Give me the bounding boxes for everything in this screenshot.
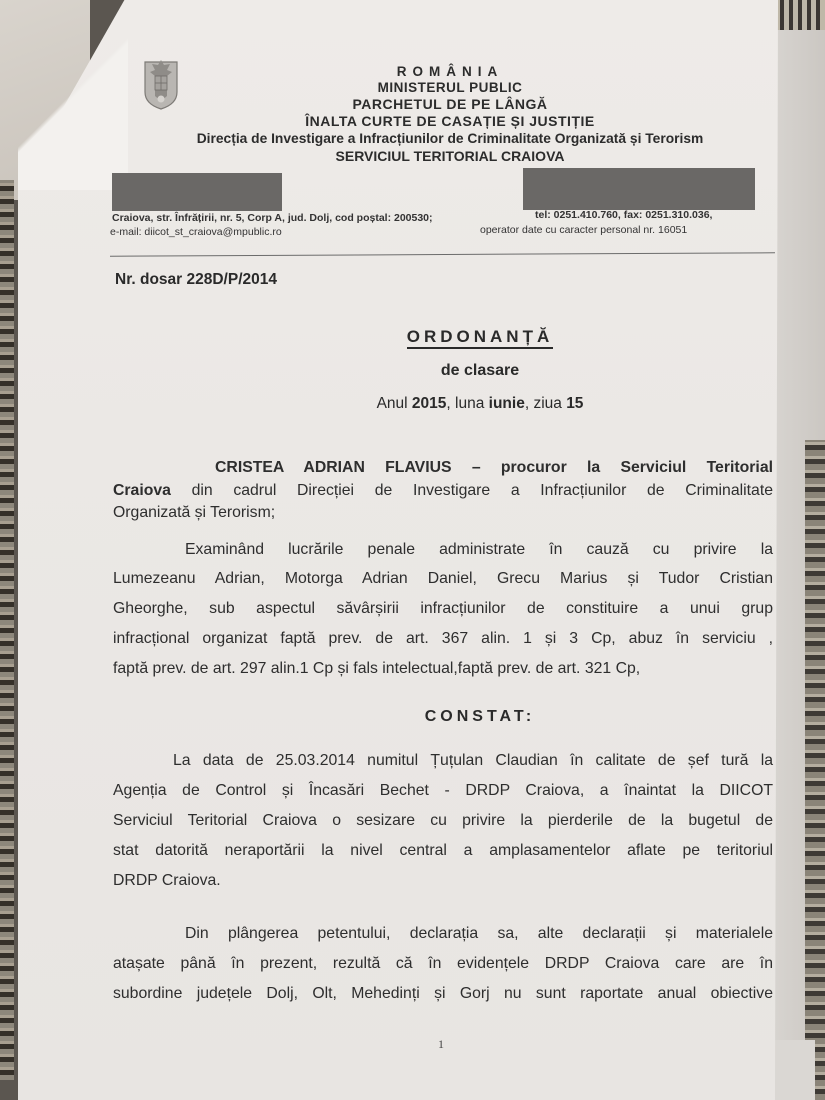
contact-address: Craiova, str. Înfrățirii, nr. 5, Corp A,… xyxy=(112,212,433,224)
finding-line: La data de 25.03.2014 numitul Țuțulan Cl… xyxy=(113,752,773,770)
redaction-box xyxy=(523,168,755,210)
complaint-line: subordine județele Dolj, Olt, Mehedinți … xyxy=(113,985,773,1003)
header-directorate: Direcția de Investigare a Infracțiunilor… xyxy=(130,131,770,146)
examining-line: infracțional organizat faptă prev. de ar… xyxy=(113,630,773,648)
document-content: ROMÂNIA MINISTERUL PUBLIC PARCHETUL DE P… xyxy=(0,0,825,1100)
prosecutor-line: Craiova din cadrul Direcției de Investig… xyxy=(113,482,773,500)
examining-line: Gheorghe, sub aspectul săvârșirii infrac… xyxy=(113,600,773,618)
section-heading: CONSTAT: xyxy=(240,708,720,726)
complaint-line: Din plângerea petentului, declarația sa,… xyxy=(113,925,773,943)
examining-line: Lumezeanu Adrian, Motorga Adrian Daniel,… xyxy=(113,570,773,588)
prosecutor-line: Organizată și Terorism; xyxy=(113,504,773,522)
header-ministry: MINISTERUL PUBLIC xyxy=(130,80,770,95)
document-date: Anul 2015, luna iunie, ziua 15 xyxy=(240,395,720,413)
examining-line: faptă prev. de art. 297 alin.1 Cp și fal… xyxy=(113,660,773,678)
examining-line: Examinând lucrările penale administrate … xyxy=(113,541,773,559)
finding-line: Serviciul Teritorial Craiova o sesizare … xyxy=(113,812,773,830)
case-number: Nr. dosar 228D/P/2014 xyxy=(115,271,277,289)
finding-line: stat datorită neraportării la nivel cent… xyxy=(113,842,773,860)
header-divider xyxy=(110,252,775,256)
contact-operator-number: operator date cu caracter personal nr. 1… xyxy=(480,224,687,236)
header-service: SERVICIUL TERITORIAL CRAIOVA xyxy=(130,148,770,164)
redaction-box xyxy=(112,173,282,211)
page-number: 1 xyxy=(438,1037,444,1052)
document-title: ORDONANȚĂ xyxy=(240,327,720,347)
document-subtitle: de clasare xyxy=(240,362,720,380)
prosecutor-line: CRISTEA ADRIAN FLAVIUS – procuror la Ser… xyxy=(113,459,773,477)
header-court: ÎNALTA CURTE DE CASAȚIE ȘI JUSTIȚIE xyxy=(130,113,770,129)
finding-line: Agenția de Control și Încasări Bechet - … xyxy=(113,782,773,800)
contact-email: e-mail: diicot_st_craiova@mpublic.ro xyxy=(110,226,282,238)
header-office: PARCHETUL DE PE LÂNGĂ xyxy=(130,96,770,112)
complaint-line: atașate până în prezent, rezultă că în e… xyxy=(113,955,773,973)
finding-line: DRDP Craiova. xyxy=(113,872,773,890)
header-country: ROMÂNIA xyxy=(130,64,770,79)
contact-phone-fax: tel: 0251.410.760, fax: 0251.310.036, xyxy=(535,209,712,221)
